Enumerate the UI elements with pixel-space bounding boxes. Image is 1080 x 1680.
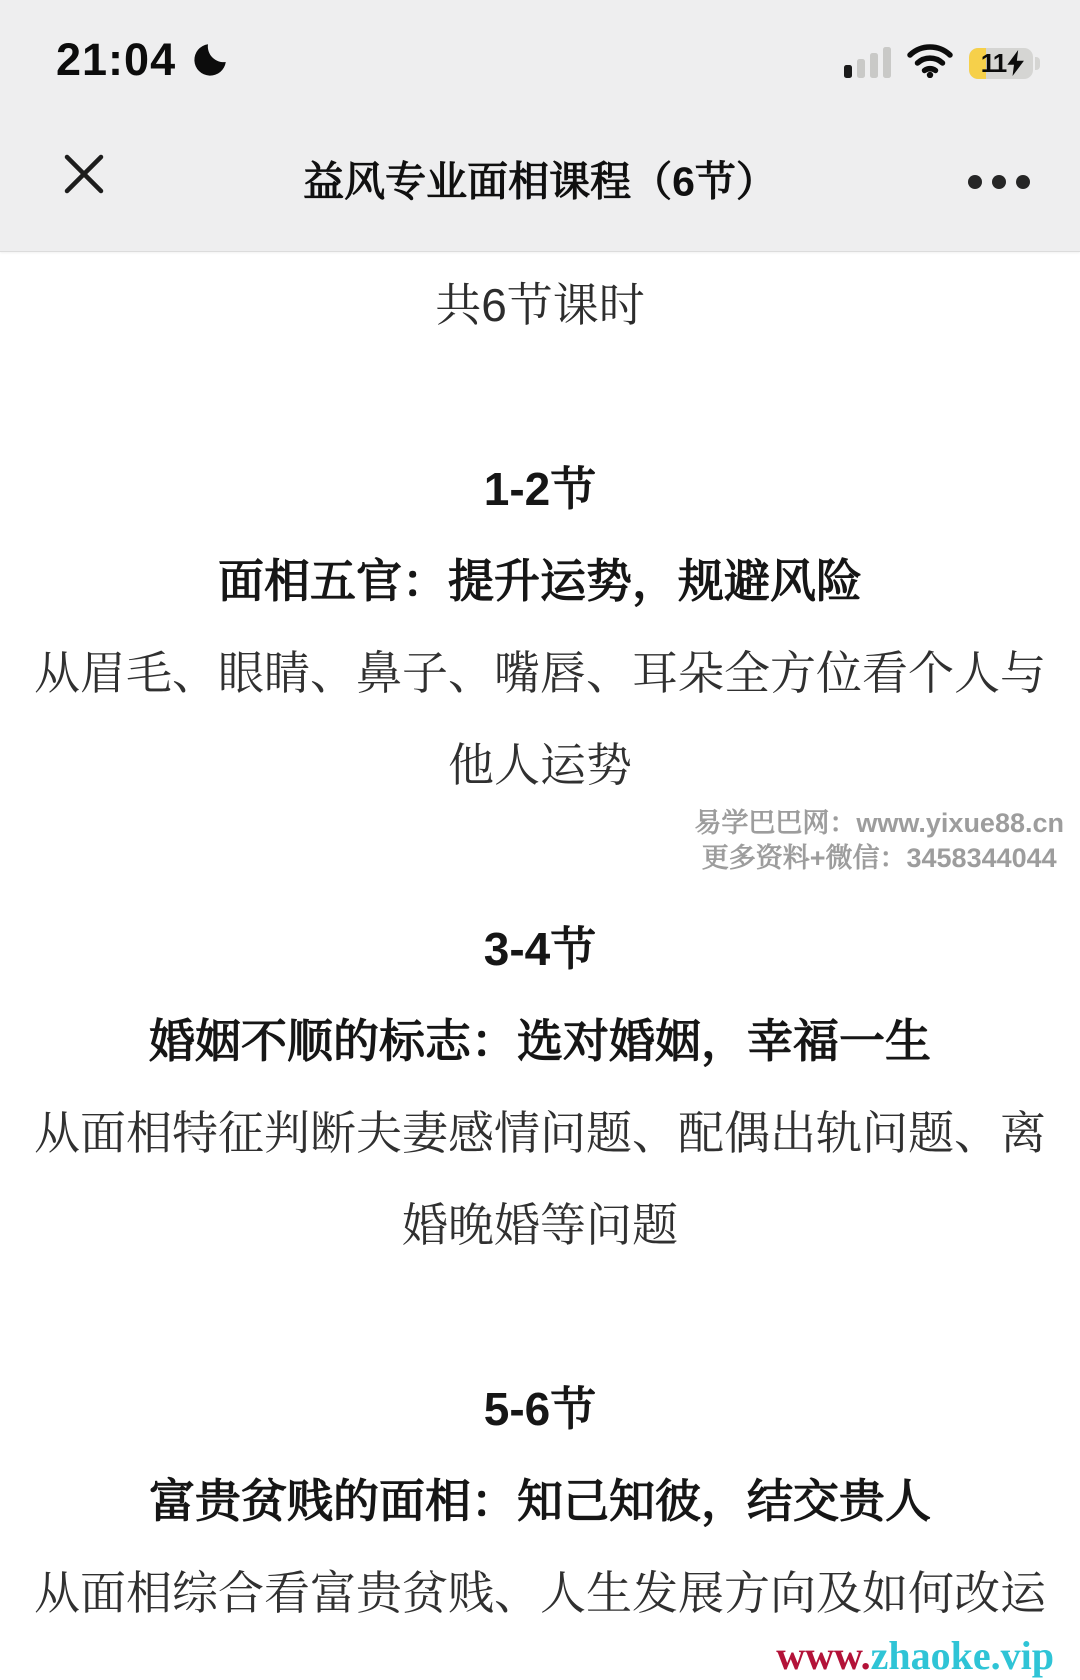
battery-nub xyxy=(1035,57,1040,70)
battery-percent: 11 xyxy=(981,48,1007,79)
bottom-watermark: www.zhaoke.vip xyxy=(776,1636,1054,1676)
wifi-icon xyxy=(906,42,954,79)
charging-bolt-icon xyxy=(1007,50,1025,76)
close-button[interactable] xyxy=(52,142,116,206)
section-description-line: 他人运势 xyxy=(28,719,1052,811)
section-description-line: 从面相特征判断夫妻感情问题、配偶出轨问题、离 xyxy=(28,1087,1052,1179)
course-total-line: 共6节课时 xyxy=(28,259,1052,351)
section-title: 面相五官：提升运势，规避风险 xyxy=(28,535,1052,627)
watermark-url-prefix: www. xyxy=(776,1633,870,1678)
ellipsis-icon xyxy=(968,175,1030,189)
cellular-signal-icon xyxy=(844,46,891,79)
section-number: 3-4节 xyxy=(28,903,1052,995)
section-description-line: 从面相综合看富贵贫贱、人生发展方向及如何改运 xyxy=(28,1547,1052,1639)
watermark-url-domain: zhaoke.vip xyxy=(871,1633,1054,1678)
course-section-2: 3-4节 婚姻不顺的标志：选对婚姻，幸福一生 从面相特征判断夫妻感情问题、配偶出… xyxy=(28,903,1052,1271)
watermark-line: 更多资料+微信：3458344044 xyxy=(694,841,1064,876)
status-time: 21:04 xyxy=(56,34,176,86)
page-title: 益风专业面相课程（6节） xyxy=(303,149,777,208)
app-header: 21:04 11 xyxy=(0,0,1080,252)
section-description-line: 从眉毛、眼睛、鼻子、嘴唇、耳朵全方位看个人与 xyxy=(28,627,1052,719)
nav-bar: 益风专业面相课程（6节） xyxy=(0,118,1080,238)
wechat-article-screen: { "status_bar": { "time": "21:04", "batt… xyxy=(0,0,1080,1680)
crescent-moon-icon xyxy=(188,38,232,82)
site-watermark: 易学巴巴网：www.yixue88.cn 更多资料+微信：3458344044 xyxy=(694,806,1064,876)
status-bar: 21:04 11 xyxy=(0,30,1080,90)
section-title: 婚姻不顺的标志：选对婚姻，幸福一生 xyxy=(28,995,1052,1087)
watermark-line: 易学巴巴网：www.yixue88.cn xyxy=(694,806,1064,841)
battery-charging-icon: 11 xyxy=(969,48,1040,79)
status-icons: 11 xyxy=(844,42,1040,79)
section-number: 5-6节 xyxy=(28,1363,1052,1455)
close-icon xyxy=(59,149,109,199)
article-content: 共6节课时 1-2节 面相五官：提升运势，规避风险 从眉毛、眼睛、鼻子、嘴唇、耳… xyxy=(0,252,1080,1639)
section-title: 富贵贫贱的面相：知己知彼，结交贵人 xyxy=(28,1455,1052,1547)
course-section-3: 5-6节 富贵贫贱的面相：知己知彼，结交贵人 从面相综合看富贵贫贱、人生发展方向… xyxy=(28,1363,1052,1639)
section-number: 1-2节 xyxy=(28,443,1052,535)
course-section-1: 1-2节 面相五官：提升运势，规避风险 从眉毛、眼睛、鼻子、嘴唇、耳朵全方位看个… xyxy=(28,443,1052,811)
more-menu-button[interactable] xyxy=(960,160,1038,204)
section-description-line: 婚晚婚等问题 xyxy=(28,1179,1052,1271)
